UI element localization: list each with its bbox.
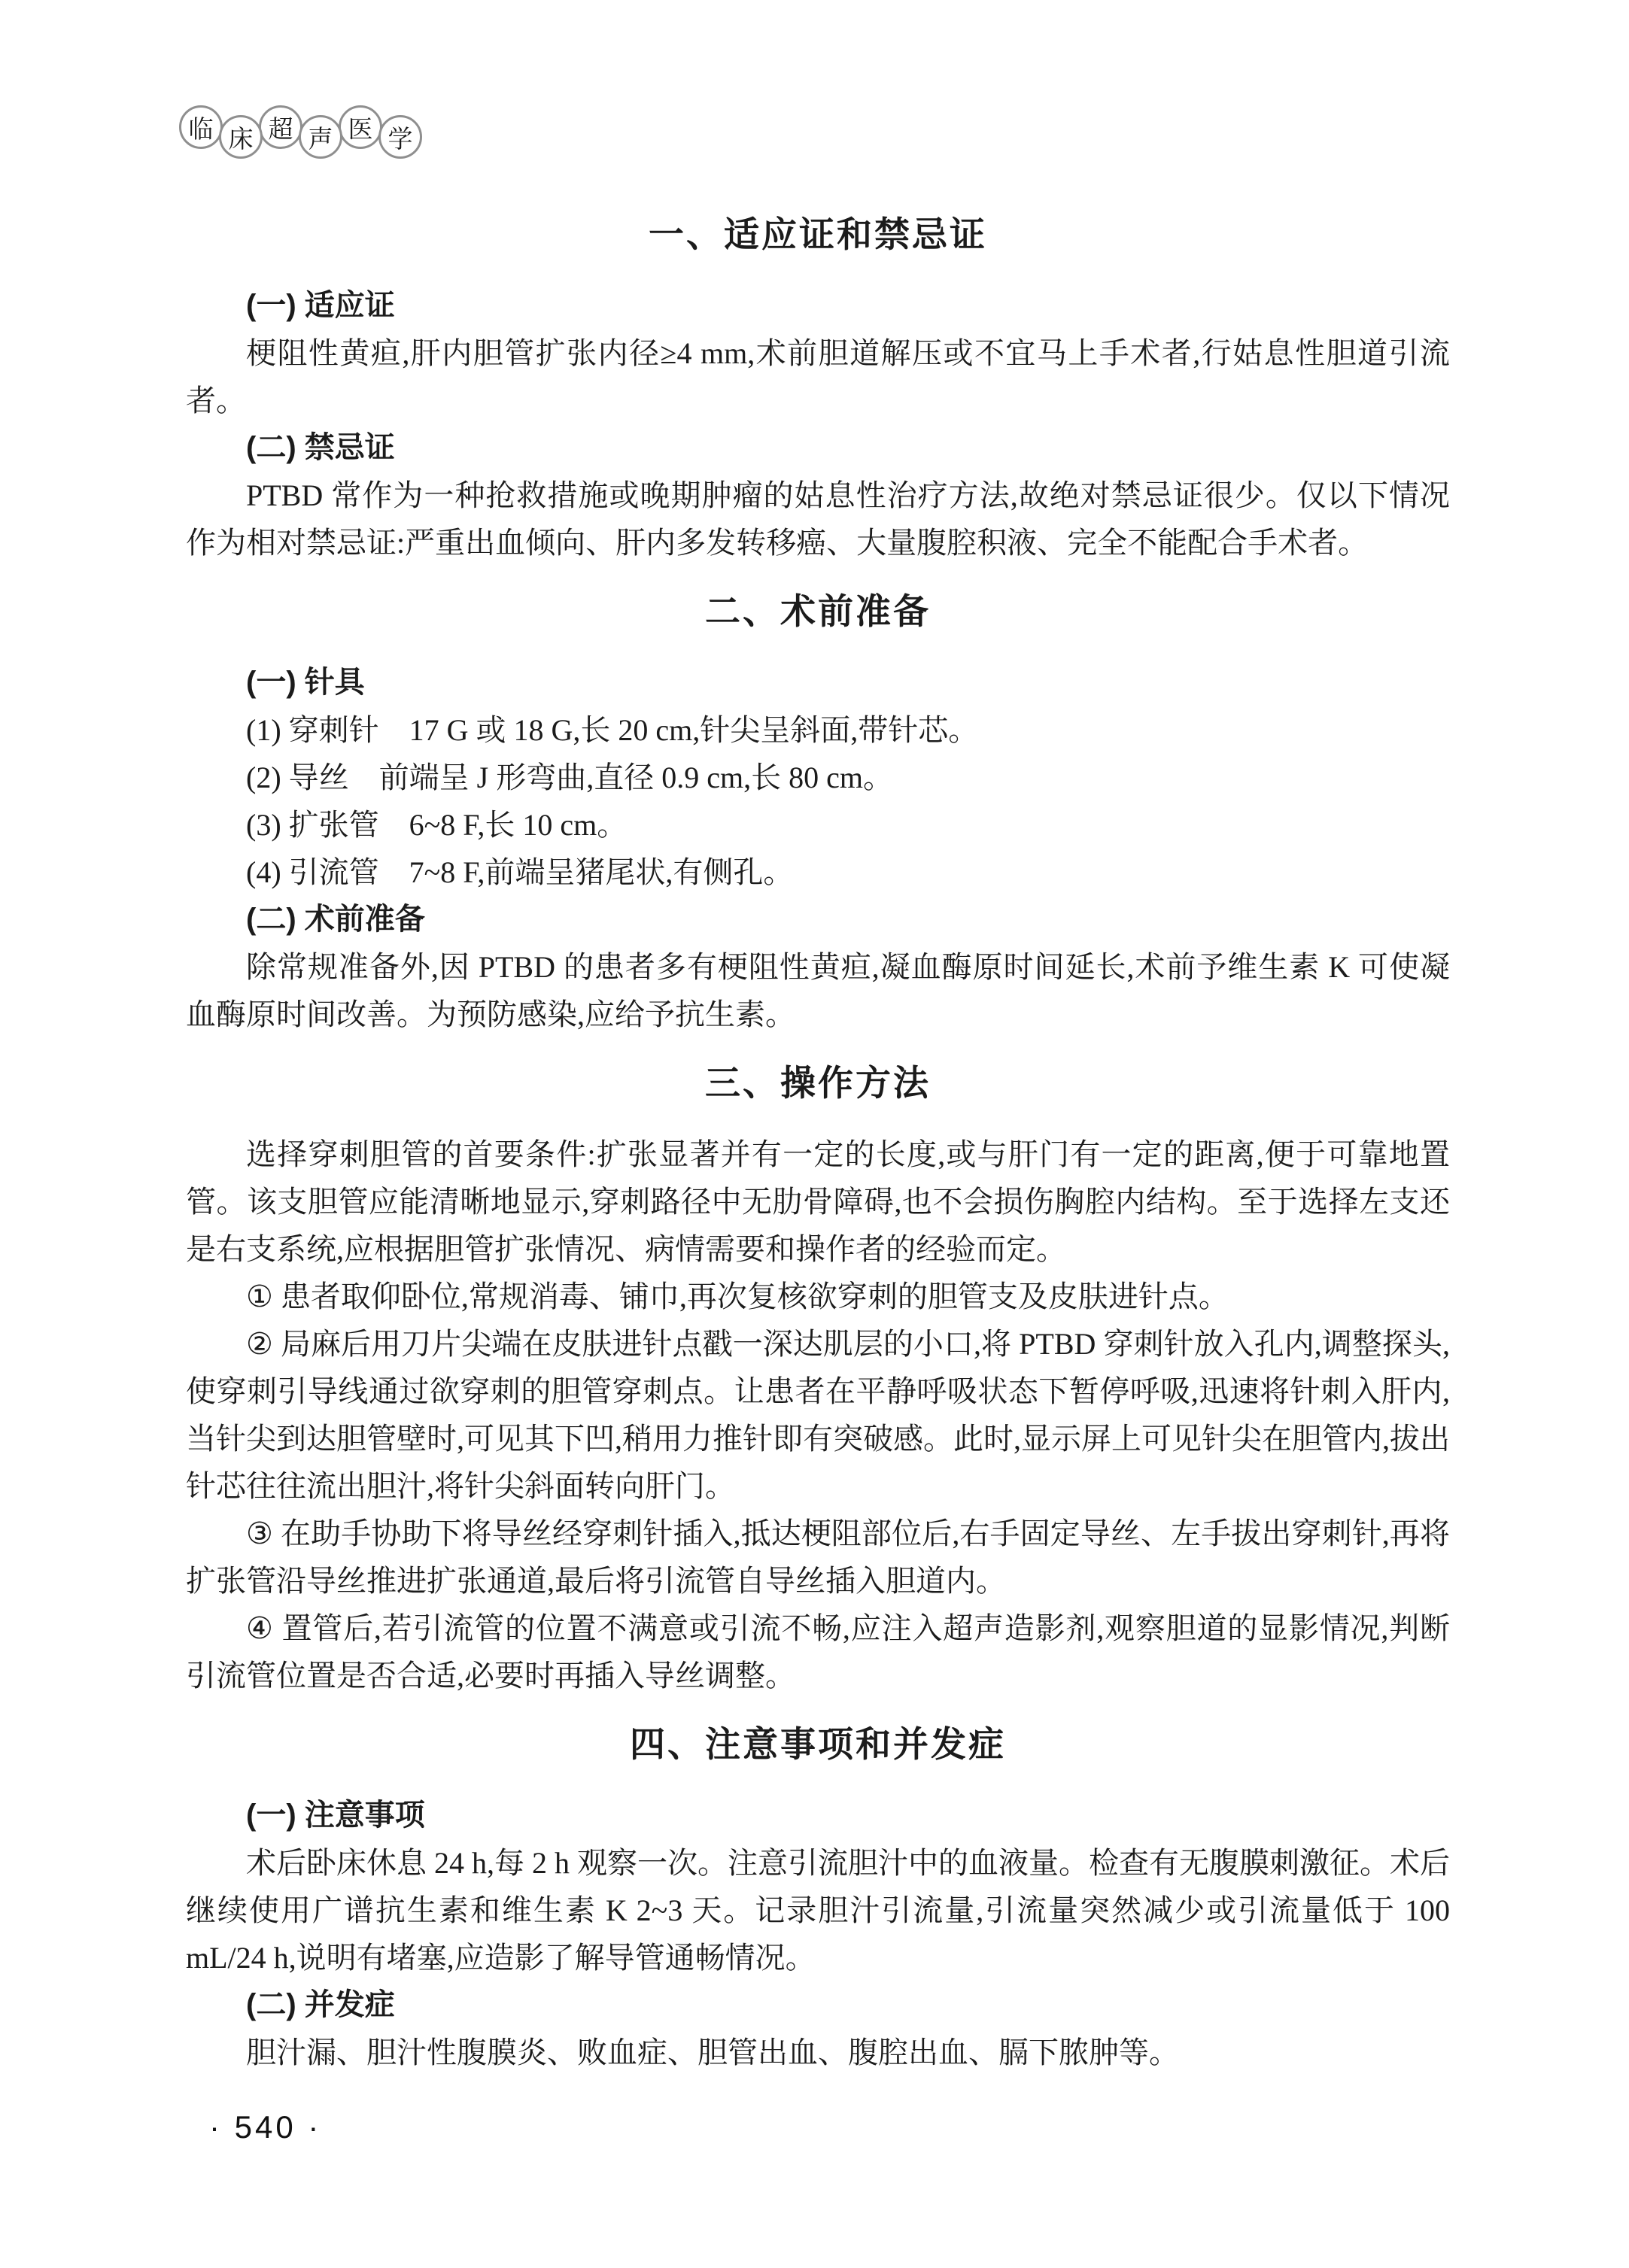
section-heading: (一) 针具 (186, 659, 1450, 706)
logo-char-circle: 医 (339, 105, 382, 149)
section-heading: (二) 术前准备 (186, 896, 1450, 943)
chapter-heading-3: 三、操作方法 (186, 1061, 1450, 1108)
book-series-logo: 临 床 超 声 医 学 (179, 105, 422, 149)
logo-char-circle: 声 (299, 115, 342, 159)
page-number: · 540 · (209, 2111, 321, 2144)
procedure-step-1: ① 患者取仰卧位,常规消毒、铺巾,再次复核欲穿刺的胆管支及皮肤进针点。 (186, 1273, 1450, 1320)
section-heading: (一) 适应证 (186, 282, 1450, 329)
chapter-heading-1: 一、适应证和禁忌证 (186, 212, 1450, 260)
procedure-step-3: ③ 在助手协助下将导丝经穿刺针插入,抵达梗阻部位后,右手固定导丝、左手拔出穿刺针… (186, 1510, 1450, 1605)
body-paragraph: 除常规准备外,因 PTBD 的患者多有梗阻性黄疸,凝血酶原时间延长,术前予维生素… (186, 943, 1450, 1038)
book-page: 临 床 超 声 医 学 一、适应证和禁忌证 (一) 适应证 梗阻性黄疸,肝内胆管… (0, 0, 1629, 2268)
body-paragraph: 胆汁漏、胆汁性腹膜炎、败血症、胆管出血、腹腔出血、膈下脓肿等。 (186, 2029, 1450, 2076)
list-item: (2) 导丝 前端呈 J 形弯曲,直径 0.9 cm,长 80 cm。 (186, 754, 1450, 801)
page-content: 一、适应证和禁忌证 (一) 适应证 梗阻性黄疸,肝内胆管扩张内径≥4 mm,术前… (186, 203, 1450, 2076)
logo-char-circle: 床 (219, 115, 263, 159)
list-item: (3) 扩张管 6~8 F,长 10 cm。 (186, 801, 1450, 849)
chapter-heading-2: 二、术前准备 (186, 589, 1450, 636)
procedure-step-2: ② 局麻后用刀片尖端在皮肤进针点戳一深达肌层的小口,将 PTBD 穿刺针放入孔内… (186, 1320, 1450, 1510)
section-heading: (二) 并发症 (186, 1981, 1450, 2029)
body-paragraph: 术后卧床休息 24 h,每 2 h 观察一次。注意引流胆汁中的血液量。检查有无腹… (186, 1839, 1450, 1981)
list-item: (4) 引流管 7~8 F,前端呈猪尾状,有侧孔。 (186, 849, 1450, 896)
chapter-heading-4: 四、注意事项和并发症 (186, 1722, 1450, 1769)
body-paragraph: 选择穿刺胆管的首要条件:扩张显著并有一定的长度,或与肝门有一定的距离,便于可靠地… (186, 1131, 1450, 1273)
procedure-step-4: ④ 置管后,若引流管的位置不满意或引流不畅,应注入超声造影剂,观察胆道的显影情况… (186, 1605, 1450, 1699)
logo-char-circle: 学 (378, 115, 422, 159)
section-heading: (二) 禁忌证 (186, 424, 1450, 472)
section-heading: (一) 注意事项 (186, 1792, 1450, 1839)
body-paragraph: PTBD 常作为一种抢救措施或晚期肿瘤的姑息性治疗方法,故绝对禁忌证很少。仅以下… (186, 472, 1450, 566)
logo-char-circle: 临 (179, 105, 223, 149)
body-paragraph: 梗阻性黄疸,肝内胆管扩张内径≥4 mm,术前胆道解压或不宜马上手术者,行姑息性胆… (186, 329, 1450, 424)
logo-char-circle: 超 (259, 105, 302, 149)
list-item: (1) 穿刺针 17 G 或 18 G,长 20 cm,针尖呈斜面,带针芯。 (186, 706, 1450, 754)
